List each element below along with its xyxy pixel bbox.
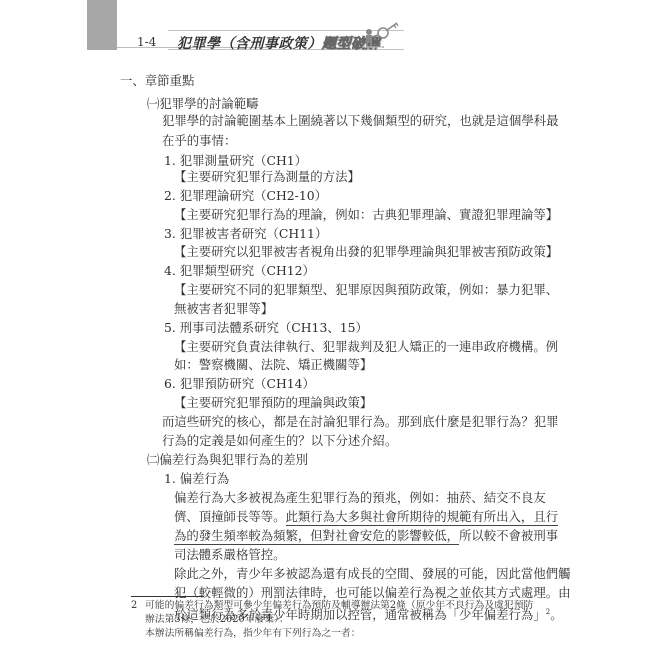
- footnote-number: 2: [131, 600, 137, 612]
- item-5-title: 5. 刑事司法體系研究（CH13、15）: [164, 320, 368, 336]
- subsection-2-heading: ㈡偏差行為與犯罪行為的差別: [147, 452, 308, 468]
- item-5-desc-line-2: 如：警察機關、法院、矯正機關等】: [174, 357, 372, 373]
- footnote-line-3: 本辦法所稱偏差行為，指少年有下列行為之一者：: [145, 628, 361, 640]
- item-3-title: 3. 犯罪被害者研究（CH11）: [164, 226, 327, 242]
- footnote-line-2: 辦法第3條，已於2020年廢棄）：: [145, 614, 289, 626]
- book-title: 犯罪學（含刑事政策）題型破解: [177, 33, 380, 53]
- p2-line-3-end: 。: [550, 607, 562, 622]
- child-with-key-icon: [362, 20, 414, 50]
- item-4-desc-line-1: 【主要研究不同的犯罪類型、犯罪原因與預防政策，例如：暴力犯罪、: [174, 282, 558, 298]
- chapter-tab: [87, 0, 117, 50]
- item-2-title: 2. 犯罪理論研究（CH2-10）: [164, 188, 327, 204]
- subsection-1-heading: ㈠犯罪學的討論範疇: [147, 96, 259, 112]
- deviance-p1-line-2: 儕、頂撞師長等等。此類行為大多與社會所期待的規範有所出入，且行: [174, 509, 558, 525]
- intro-line-2: 在乎的事情：: [162, 133, 236, 149]
- deviance-item-title: 1. 偏差行為: [164, 471, 229, 487]
- item-5-desc-line-1: 【主要研究負責法律執行、犯罪裁判及犯人矯正的一連串政府機構。例: [174, 339, 558, 355]
- p1-line-3-underlined: 為的發生頻率較為頻繁，但對社會安危的影響較低，: [174, 528, 459, 545]
- p1-line-3-plain: 所以較不會被刑事: [459, 528, 558, 543]
- item-4-title: 4. 犯罪類型研究（CH12）: [164, 263, 315, 279]
- item-3-desc: 【主要研究以犯罪被害者視角出發的犯罪學理論與犯罪被害預防政策】: [174, 244, 558, 260]
- deviance-p1-line-4: 司法體系嚴格管控。: [174, 547, 286, 563]
- p1-line-2-underlined: 此類行為大多與社會所期待的規範有所出入，且行: [286, 509, 559, 526]
- section-heading: 一、章節重點: [120, 73, 194, 89]
- deviance-p2-line-1: 除此之外，青少年多被認為還有成長的空間、發展的可能，因此當他們觸: [174, 566, 571, 582]
- item-4-desc-line-2: 無被害者犯罪等】: [174, 301, 273, 317]
- item-6-desc: 【主要研究犯罪預防的理論與政策】: [174, 395, 372, 411]
- item-6-title: 6. 犯罪預防研究（CH14）: [164, 376, 315, 392]
- summary-line-1: 而這些研究的核心，都是在討論犯罪行為。那到底什麼是犯罪行為？犯罪: [162, 414, 559, 430]
- item-1-title: 1. 犯罪測量研究（CH1）: [164, 153, 307, 169]
- p1-line-2-plain: 儕、頂撞師長等等。: [174, 509, 286, 524]
- summary-line-2: 行為的定義是如何產生的？以下分述介紹。: [162, 433, 397, 449]
- item-1-desc: 【主要研究犯罪行為測量的方法】: [174, 169, 360, 185]
- book-title-main: 犯罪學（含刑事政策）: [177, 36, 322, 52]
- deviance-p1-line-1: 偏差行為大多被視為產生犯罪行為的預兆，例如：抽菸、結交不良友: [174, 490, 546, 506]
- footnote-line-1: 可能的偏差行為類型可參少年偏差行為預防及輔導辦法第2條（原少年不良行為及虞犯預防: [145, 600, 533, 612]
- deviance-p1-line-3: 為的發生頻率較為頻繁，但對社會安危的影響較低，所以較不會被刑事: [174, 528, 558, 544]
- intro-line-1: 犯罪學的討論範圍基本上圍繞著以下幾個類型的研究，也就是這個學科最: [162, 113, 559, 129]
- item-2-desc: 【主要研究犯罪行為的理論，例如：古典犯罪理論、實證犯罪理論等】: [174, 207, 558, 223]
- page-number: 1-4: [137, 35, 156, 49]
- footnote-divider: [131, 596, 204, 597]
- deviance-p2-line-2: 犯（較輕微的）刑罰法律時，也可能以偏差行為視之並依其方式處理。由: [174, 585, 571, 601]
